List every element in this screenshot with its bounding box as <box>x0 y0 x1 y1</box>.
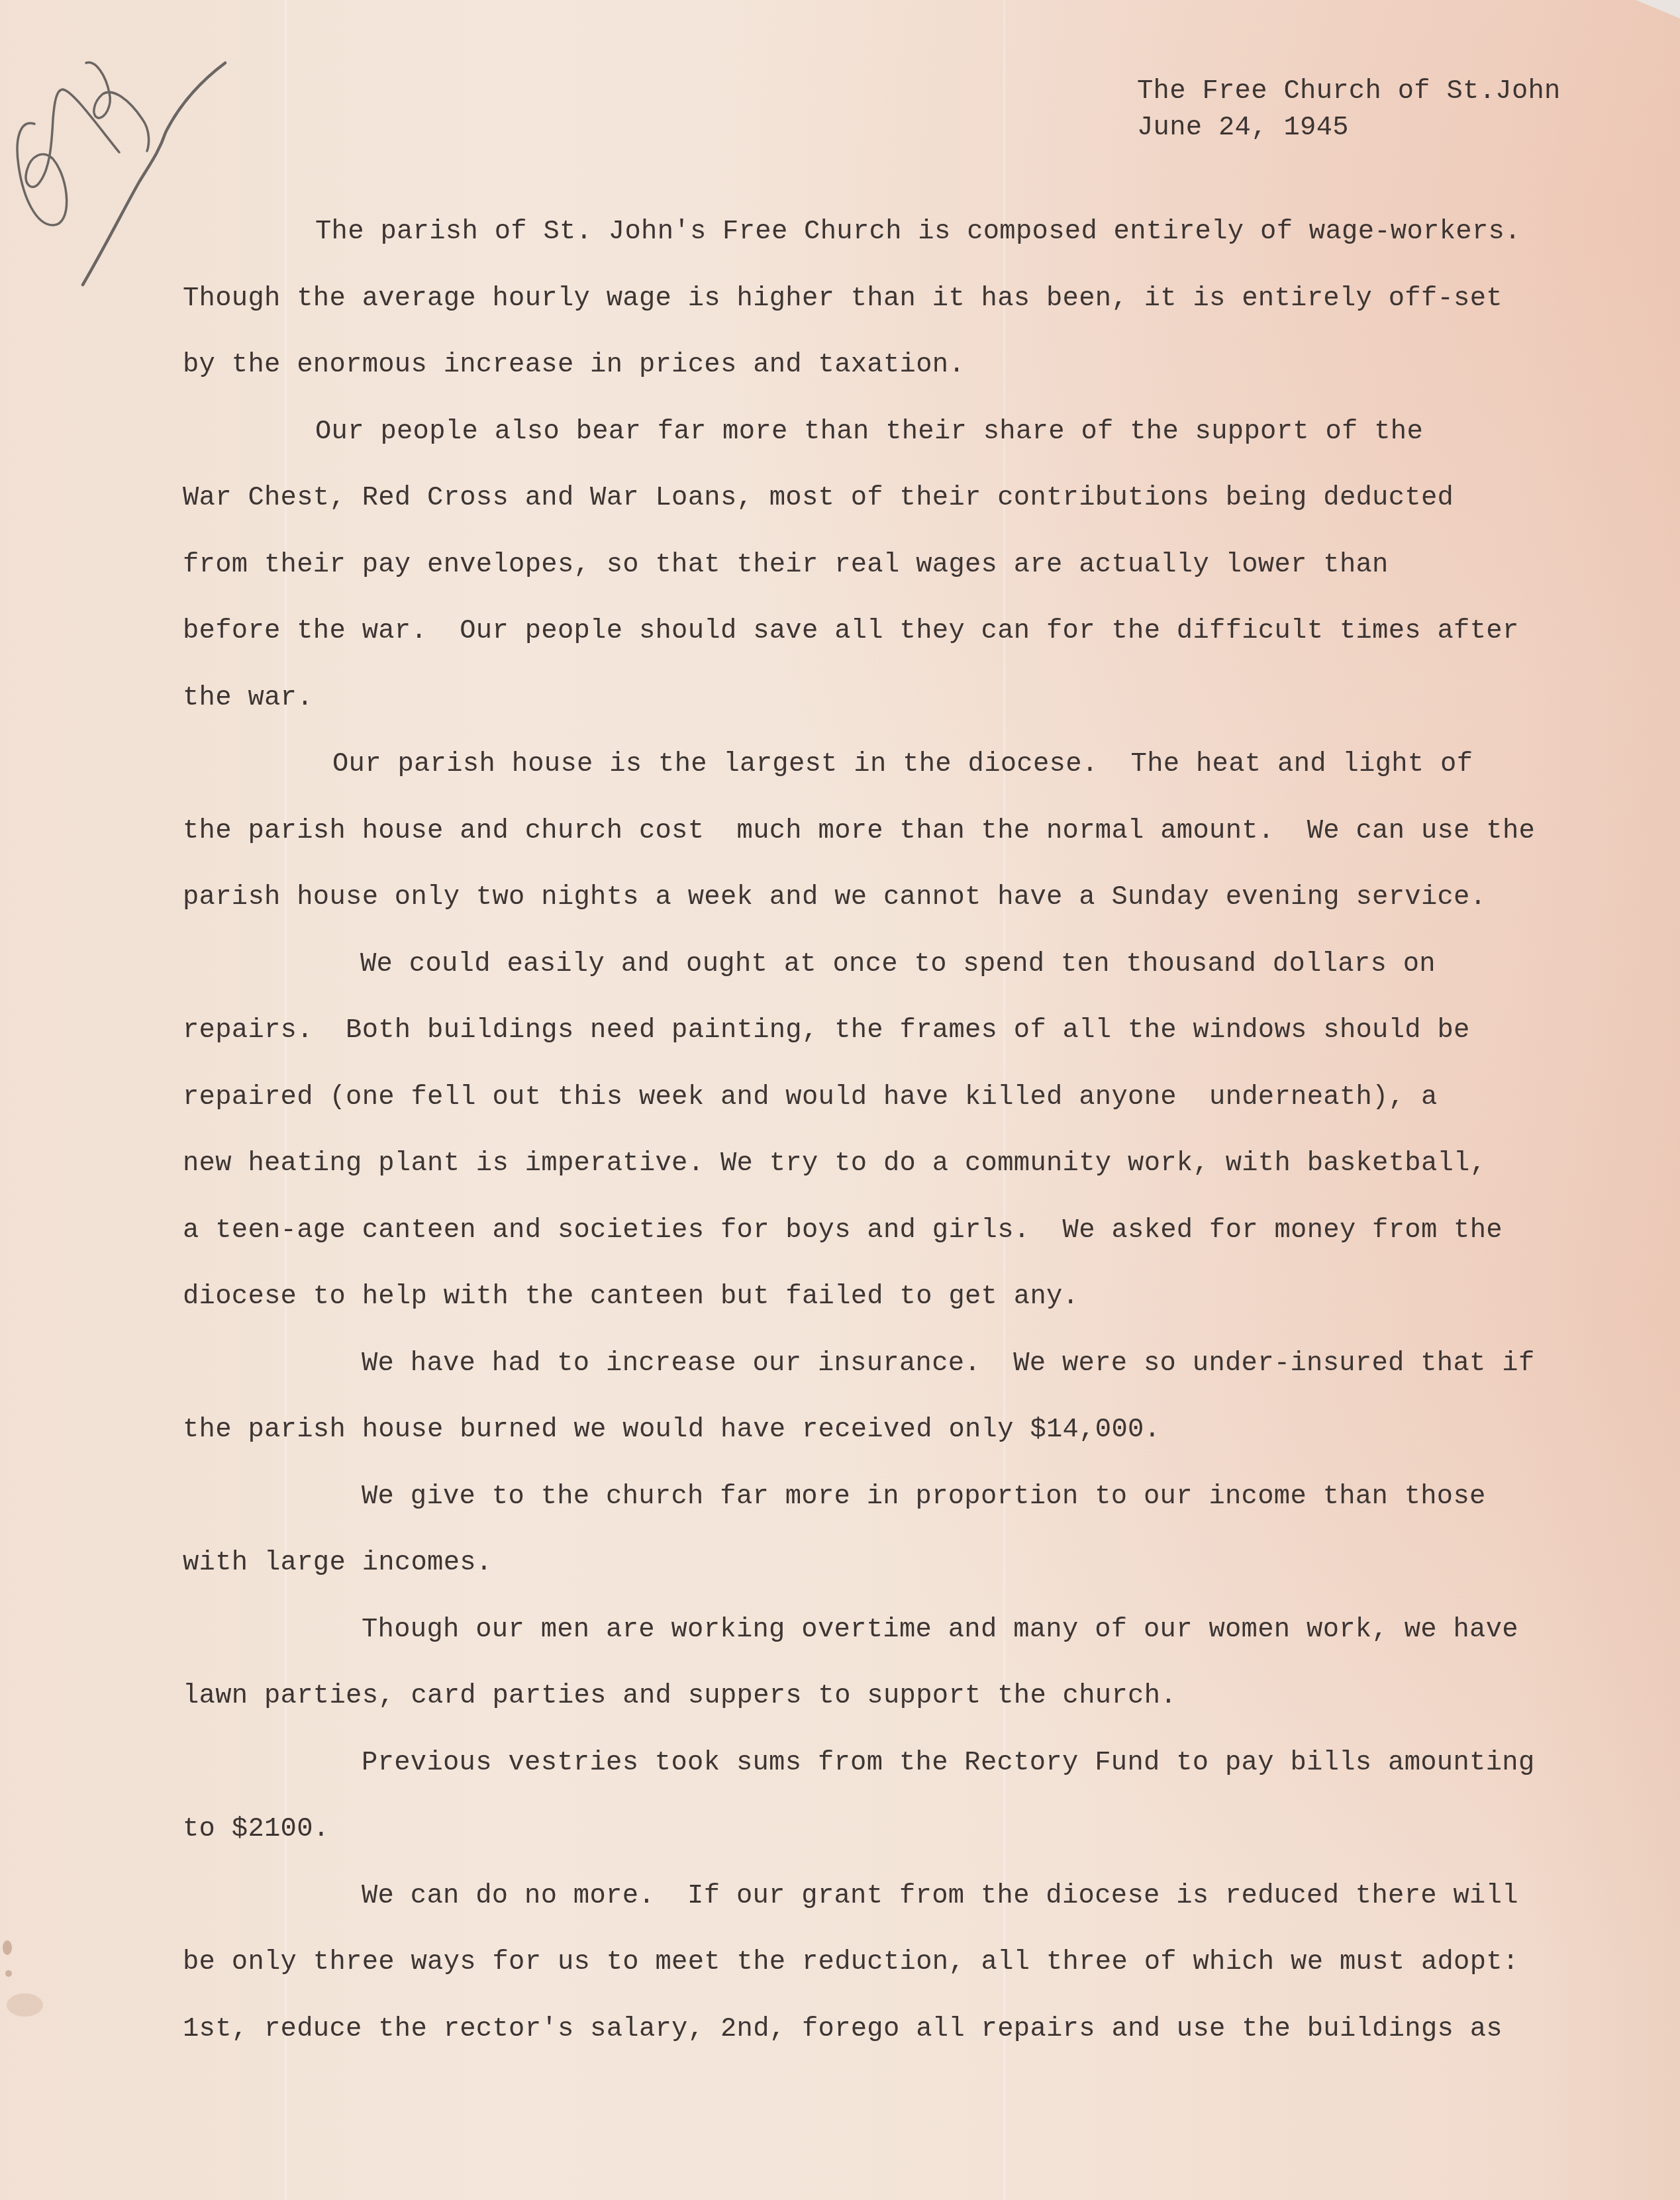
letter-date: June 24, 1945 <box>1137 115 1561 142</box>
organization-name: The Free Church of St.John <box>1137 78 1561 105</box>
paragraph-4-line-3: repaired (one fell out this week and wou… <box>183 1084 1587 1151</box>
paragraph-4-line-2: repairs. Both buildings need painting, t… <box>183 1017 1587 1084</box>
paper-stain <box>7 1993 43 2017</box>
paragraph-7-line-1: Though our men are working overtime and … <box>183 1617 1587 1683</box>
paragraph-2-line-4: before the war. Our people should save a… <box>183 618 1587 685</box>
paragraph-1-line-2: Though the average hourly wage is higher… <box>183 285 1587 352</box>
paper-stain <box>5 1970 12 1977</box>
letter-header: The Free Church of St.John June 24, 1945 <box>1137 78 1561 150</box>
paragraph-2-line-2: War Chest, Red Cross and War Loans, most… <box>183 485 1587 552</box>
paragraph-5-line-2: the parish house burned we would have re… <box>183 1417 1587 1483</box>
paragraph-7-line-2: lawn parties, card parties and suppers t… <box>183 1683 1587 1750</box>
paragraph-3-line-3: parish house only two nights a week and … <box>183 884 1587 951</box>
paragraph-8-line-2: to $2100. <box>183 1816 1587 1883</box>
paragraph-3-line-2: the parish house and church cost much mo… <box>183 818 1587 885</box>
paragraph-4-line-1: We could easily and ought at once to spe… <box>183 951 1587 1018</box>
paragraph-3-line-1: Our parish house is the largest in the d… <box>183 751 1587 818</box>
paragraph-4-line-4: new heating plant is imperative. We try … <box>183 1150 1587 1217</box>
paragraph-1-line-1: The parish of St. John's Free Church is … <box>183 219 1587 285</box>
paragraph-2-line-1: Our people also bear far more than their… <box>183 419 1587 485</box>
paper-stain <box>3 1940 12 1955</box>
paragraph-9-line-2: be only three ways for us to meet the re… <box>183 1949 1587 2016</box>
paragraph-4-line-5: a teen-age canteen and societies for boy… <box>183 1217 1587 1284</box>
paragraph-6-line-2: with large incomes. <box>183 1550 1587 1617</box>
paragraph-5-line-1: We have had to increase our insurance. W… <box>183 1350 1587 1417</box>
paragraph-2-line-5: the war. <box>183 685 1587 752</box>
paragraph-2-line-3: from their pay envelopes, so that their … <box>183 552 1587 619</box>
paragraph-1-line-3: by the enormous increase in prices and t… <box>183 352 1587 419</box>
paragraph-6-line-1: We give to the church far more in propor… <box>183 1483 1587 1550</box>
paragraph-8-line-1: Previous vestries took sums from the Rec… <box>183 1750 1587 1817</box>
paragraph-9-line-1: We can do no more. If our grant from the… <box>183 1883 1587 1950</box>
paragraph-4-line-6: diocese to help with the canteen but fai… <box>183 1283 1587 1350</box>
paragraph-9-line-3: 1st, reduce the rector's salary, 2nd, fo… <box>183 2016 1587 2083</box>
letter-body: The parish of St. John's Free Church is … <box>183 219 1587 2082</box>
